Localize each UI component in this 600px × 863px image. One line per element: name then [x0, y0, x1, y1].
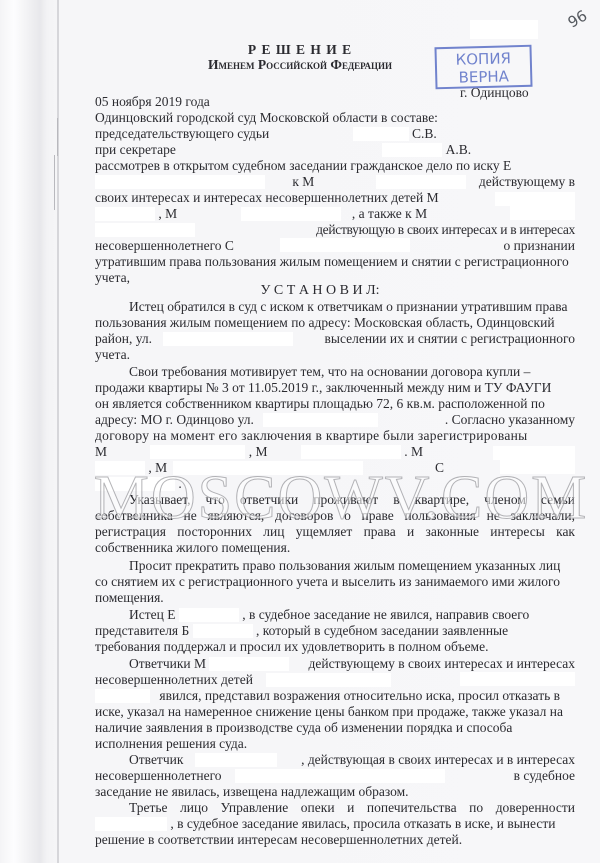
text-fragment: несовершеннолетних детей	[95, 672, 253, 687]
redaction-box	[470, 20, 538, 39]
text-fragment: явился, представил возражения относитель…	[159, 688, 560, 703]
redaction-box	[376, 175, 466, 189]
secretary-line: при секретаре А.В.	[95, 142, 575, 158]
text-fragment: . Согласно указанному	[445, 412, 575, 428]
text-line: к М действующему в	[95, 174, 575, 190]
text-line: , М , а также к М	[95, 206, 575, 222]
text-line: наличие заявления в производстве суда об…	[95, 720, 575, 736]
redaction-box	[460, 672, 575, 686]
section-heading: У С Т А Н О В И Л:	[20, 283, 600, 299]
text-fragment: .	[178, 476, 181, 491]
text-fragment: выселении их и снятии с регистрационного	[325, 331, 576, 347]
text-fragment: действующему в	[479, 174, 575, 190]
judge-label: председательствующего судьи	[95, 126, 269, 141]
text-line: решение в соответствии интересам несовер…	[95, 832, 575, 848]
text-line: своих интересах и интересах несовершенно…	[95, 190, 575, 206]
text-line: заседание не явилась, извещена надлежащи…	[95, 784, 575, 800]
text-line: со снятием их с регистрационного учета и…	[95, 574, 575, 590]
text-line: утратившим права пользования жилым помещ…	[95, 254, 575, 270]
text-fragment: , в судебное заседание явилась, просила …	[170, 816, 555, 831]
text-fragment: действующую в своих интересах и в интере…	[316, 222, 575, 238]
redaction-box	[193, 624, 253, 638]
redaction-box	[353, 127, 409, 141]
text-fragment: Ответчик	[129, 752, 183, 767]
text-line: регистрация посторонних лиц ущемляет пра…	[95, 524, 575, 540]
text-line: продажи квартиры № 3 от 11.05.2019 г., з…	[95, 380, 575, 396]
redaction-box	[280, 238, 410, 252]
text-line: учета.	[95, 347, 575, 363]
text-fragment: Ответчики М	[129, 656, 206, 671]
text-fragment: действующему в своих интересах и интерес…	[308, 656, 575, 672]
redaction-box	[263, 413, 378, 427]
text-fragment: , в судебное заседание не явился, направ…	[242, 607, 529, 622]
redaction-box	[301, 445, 401, 459]
court-name: Одинцовский городской суд Московской обл…	[95, 110, 575, 126]
text-fragment: в судебное	[514, 768, 575, 784]
text-line: несовершеннолетних детей	[95, 672, 575, 688]
redaction-box	[510, 206, 575, 220]
text-line: М , М . М	[95, 444, 575, 460]
text-line: Просит прекратить право пользования жилы…	[95, 558, 575, 574]
text-fragment: к М	[292, 174, 314, 189]
text-line: , в судебное заседание явилась, просила …	[95, 816, 575, 832]
text-fragment: адресу: МО г. Одинцово ул.	[95, 412, 254, 427]
text-line: несовершеннолетнего в судебное	[95, 768, 575, 784]
redaction-box	[235, 769, 445, 783]
redaction-box	[382, 143, 442, 157]
redaction-box	[95, 461, 145, 475]
text-fragment: , действующая в своих интересах и в инте…	[301, 752, 575, 768]
text-fragment: . М	[404, 444, 423, 459]
text-fragment: , М	[158, 206, 177, 221]
text-fragment: Истец Е	[129, 607, 175, 622]
text-fragment: С	[435, 460, 444, 476]
text-line: договору на момент его заключения в квар…	[95, 428, 575, 444]
text-fragment: представителя Б	[95, 623, 189, 638]
text-line: требования поддержал и просил их удовлет…	[95, 639, 575, 655]
text-line: пользования жилым помещением по адресу: …	[95, 315, 575, 331]
copy-certified-stamp: КОПИЯ ВЕРНА	[434, 45, 532, 90]
text-line: рассмотрев в открытом судебном заседании…	[95, 158, 575, 174]
staple-mark	[57, 118, 62, 156]
redaction-box	[163, 332, 293, 346]
redaction-box	[173, 461, 363, 475]
document-city: г. Одинцово	[460, 85, 529, 101]
text-line: .	[95, 476, 575, 492]
staple-mark	[54, 155, 59, 210]
text-line: Ответчик , действующая в своих интересах…	[95, 752, 575, 768]
redaction-box	[95, 817, 167, 831]
text-line: , М С	[95, 460, 575, 476]
judge-line: председательствующего судьи С.В.	[95, 126, 575, 142]
text-fragment: несовершеннолетнего С	[95, 238, 234, 253]
text-line: иске, указал на намеренное снижение цены…	[95, 704, 575, 720]
text-fragment: своих интересах и интересах несовершенно…	[95, 190, 439, 205]
secretary-label: при секретаре	[95, 142, 176, 157]
text-line: Третье лицо Управление опеки и попечител…	[95, 800, 575, 816]
redaction-box	[95, 689, 150, 703]
text-fragment: район, ул.	[95, 331, 152, 346]
redaction-box	[500, 460, 575, 474]
redaction-box	[195, 753, 277, 767]
text-fragment: , а также к М	[352, 206, 427, 221]
text-line: представителя Б , который в судебном зас…	[95, 623, 575, 639]
redaction-box	[209, 657, 289, 671]
text-fragment: несовершеннолетнего	[95, 768, 222, 783]
redaction-box	[95, 175, 265, 189]
text-line: Свои требования мотивирует тем, что на о…	[95, 364, 575, 380]
redaction-box	[95, 207, 155, 221]
text-fragment: о признании	[503, 238, 575, 254]
text-fragment: , М	[148, 460, 167, 475]
scanned-document-page: 96 Р Е Ш Е Н И Е Именем Российской Федер…	[0, 0, 600, 863]
handwritten-page-number: 96	[565, 6, 591, 31]
redaction-box	[493, 446, 575, 460]
text-line: Указывает, что ответчики проживают в ква…	[95, 492, 575, 508]
text-line: Истец Е , в судебное заседание не явился…	[95, 607, 575, 623]
redaction-box	[95, 477, 175, 491]
text-fragment: М	[95, 444, 107, 459]
text-line: Истец обратился в суд с иском к ответчик…	[95, 299, 575, 315]
redaction-box	[495, 192, 575, 206]
text-fragment: , М	[249, 444, 268, 459]
text-line: исполнения решения суда.	[95, 736, 575, 752]
text-line: район, ул. выселении их и снятии с регис…	[95, 331, 575, 347]
text-line: собственника не являются, договоров о пр…	[95, 508, 575, 524]
judge-initials: С.В.	[412, 126, 437, 141]
redaction-box	[179, 608, 239, 622]
redaction-box	[95, 223, 195, 237]
text-line: явился, представил возражения относитель…	[95, 688, 575, 704]
redaction-box	[241, 207, 341, 221]
text-line: помещения.	[95, 590, 575, 606]
text-line: Ответчики М действующему в своих интерес…	[95, 656, 575, 672]
text-line: адресу: МО г. Одинцово ул. . Согласно ук…	[95, 412, 575, 428]
text-line: действующую в своих интересах и в интере…	[95, 222, 575, 238]
text-fragment: , который в судебном заседании заявленны…	[256, 623, 508, 638]
redaction-box	[266, 673, 391, 687]
redaction-box	[150, 445, 245, 459]
text-line: несовершеннолетнего С о признании	[95, 238, 575, 254]
text-line: он является собственником квартиры площа…	[95, 396, 575, 412]
text-line: собственника жилого помещения.	[95, 540, 575, 556]
secretary-initials: А.В.	[446, 142, 472, 157]
